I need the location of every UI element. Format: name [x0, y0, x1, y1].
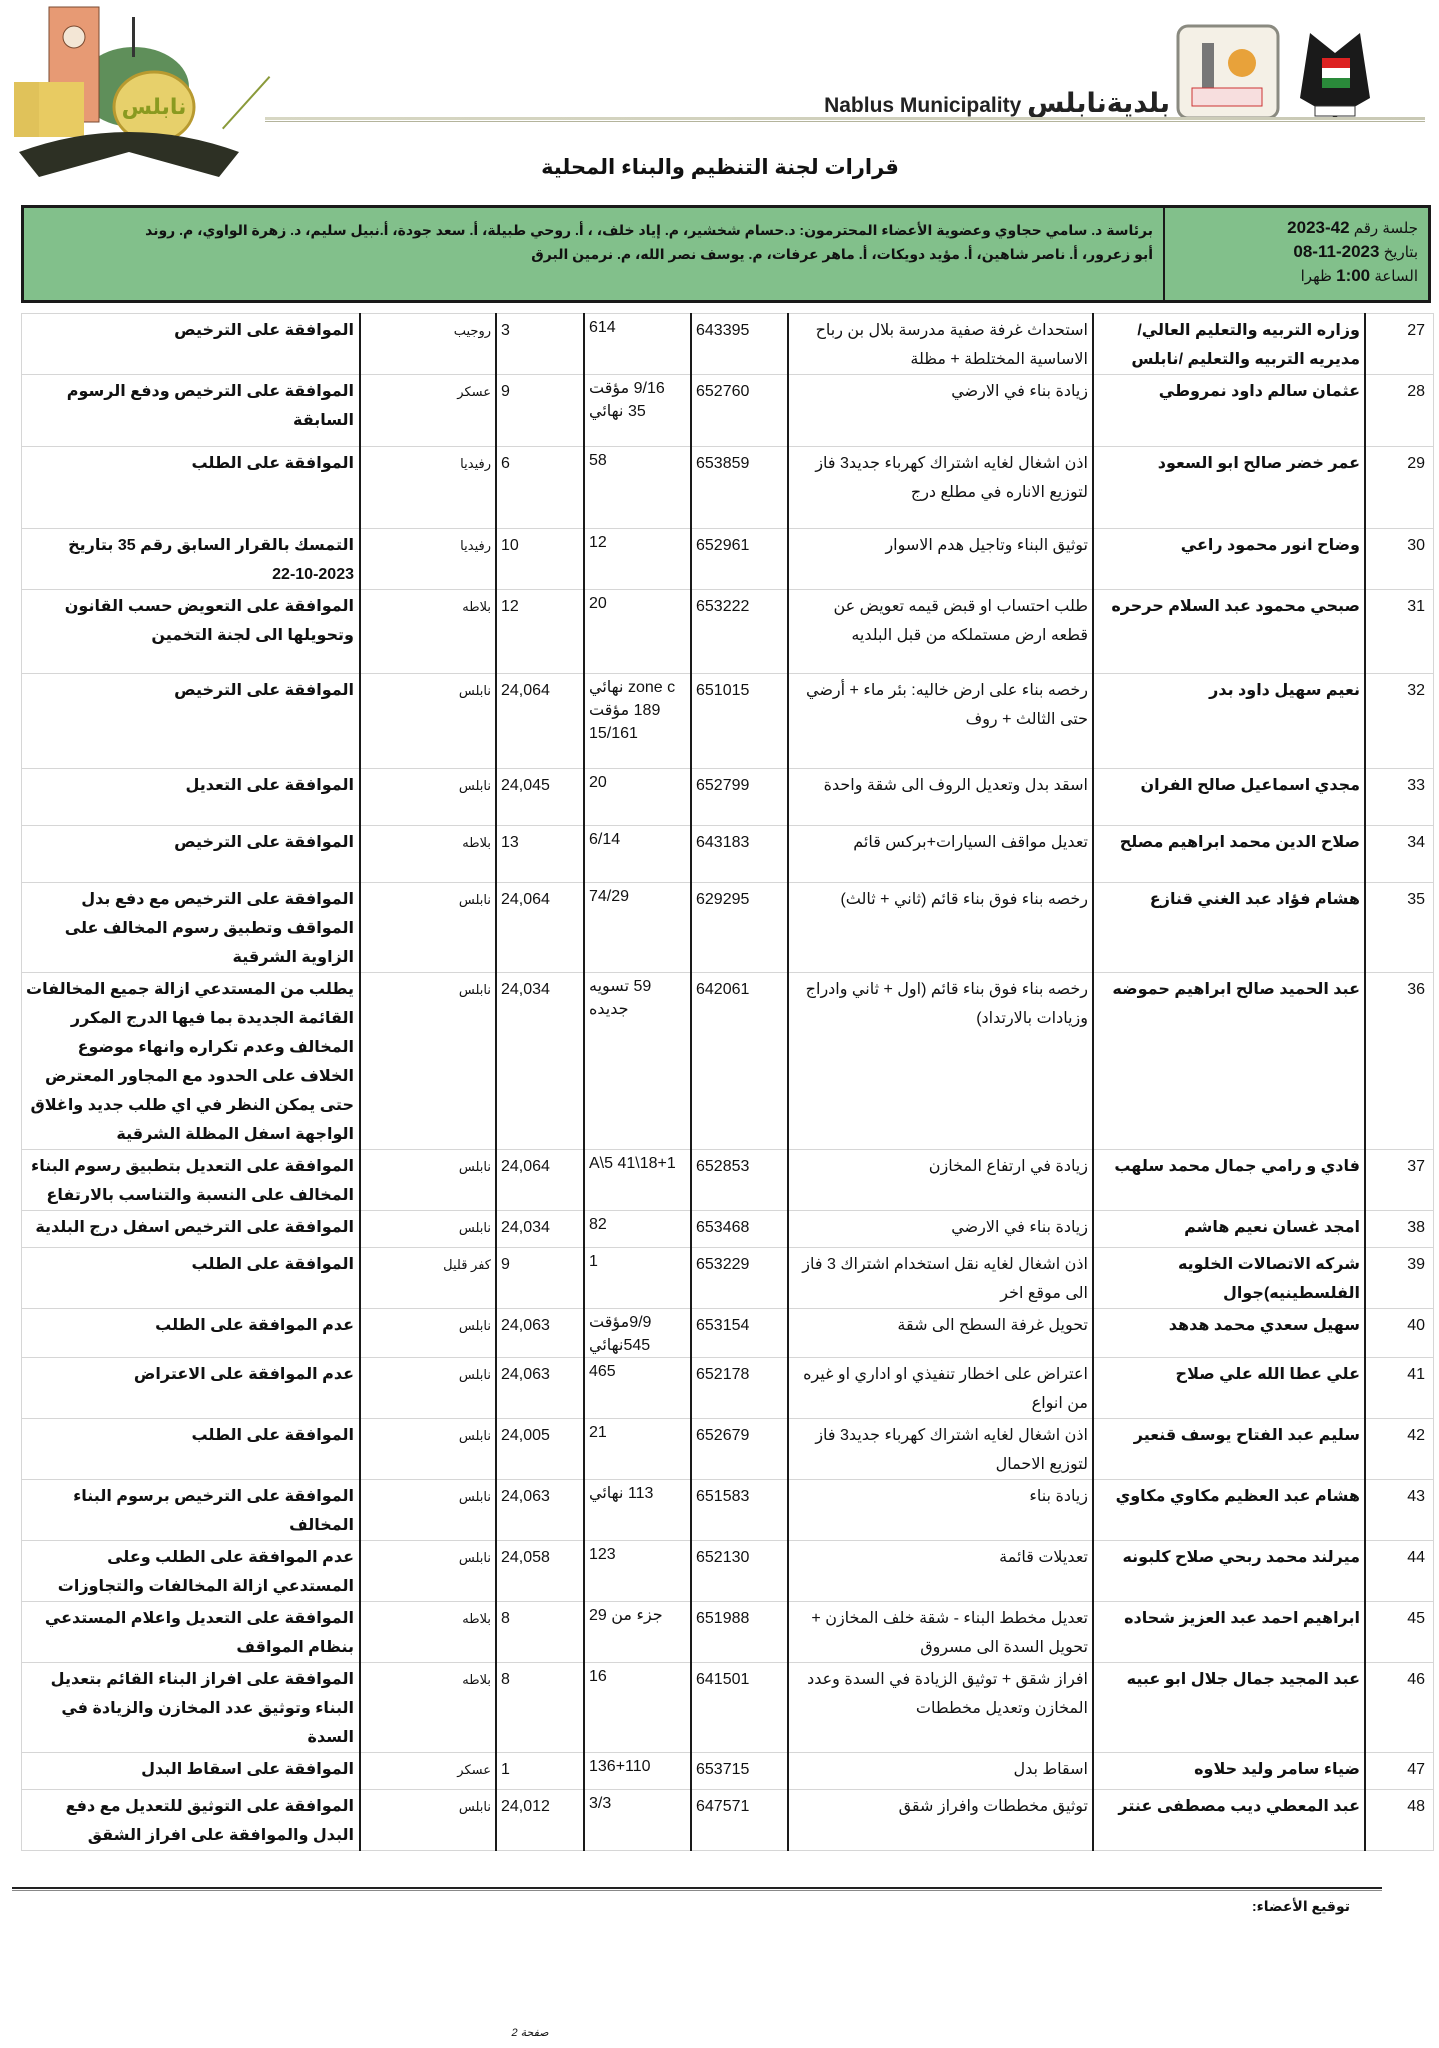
table-row: 33مجدي اسماعيل صالح الفراناسقد بدل وتعدي…	[22, 769, 1434, 826]
table-row: 28عثمان سالم داود نمروطيزيادة بناء في ال…	[22, 375, 1434, 447]
plot-number: 82	[584, 1211, 691, 1248]
basin-number: 13	[496, 826, 584, 883]
basin-number: 24,064	[496, 883, 584, 973]
area-name: نابلس	[360, 1309, 496, 1358]
area-name: نابلس	[360, 883, 496, 973]
table-row: 27وزاره التربيه والتعليم العالي/ مديريه …	[22, 314, 1434, 375]
request-description: استحداث غرفة صفية مدرسة بلال بن رباح الا…	[788, 314, 1093, 375]
brand-english: Nablus Municipality	[824, 94, 1021, 117]
plot-number: 9/9مؤقت 545نهائي	[584, 1309, 691, 1358]
plot-number: 20	[584, 769, 691, 826]
basin-number: 6	[496, 447, 584, 529]
request-description: توثيق البناء وتاجيل هدم الاسوار	[788, 529, 1093, 590]
basin-number: 24,005	[496, 1419, 584, 1480]
applicant-name: سليم عبد الفتاح يوسف قنعير	[1093, 1419, 1365, 1480]
file-number: 643395	[691, 314, 788, 375]
plot-number: 58	[584, 447, 691, 529]
basin-number: 9	[496, 1248, 584, 1309]
file-number: 652961	[691, 529, 788, 590]
committee-decision: الموافقة على اسقاط البدل	[22, 1753, 361, 1790]
applicant-name: مجدي اسماعيل صالح الفران	[1093, 769, 1365, 826]
request-description: تعديل مواقف السيارات+بركس قائم	[788, 826, 1093, 883]
file-number: 651988	[691, 1602, 788, 1663]
basin-number: 24,045	[496, 769, 584, 826]
area-name: نابلس	[360, 1150, 496, 1211]
header-divider-thin	[265, 121, 1425, 122]
area-name: نابلس	[360, 1480, 496, 1541]
row-number: 37	[1365, 1150, 1434, 1211]
applicant-name: صلاح الدين محمد ابراهيم مصلح	[1093, 826, 1365, 883]
area-name: عسكر	[360, 375, 496, 447]
plot-number: 16	[584, 1663, 691, 1753]
request-description: اعتراض على اخطار تنفيذي او اداري او غيره…	[788, 1358, 1093, 1419]
members-signature-label: توقيع الأعضاء:	[1150, 1898, 1350, 1915]
applicant-name: عبد المجيد جمال جلال ابو عبيه	[1093, 1663, 1365, 1753]
file-number: 652679	[691, 1419, 788, 1480]
committee-decision: عدم الموافقة على الطلب وعلى المستدعي ازا…	[22, 1541, 361, 1602]
area-name: نابلس	[360, 1541, 496, 1602]
committee-decision: الموافقة على افراز البناء القائم بتعديل …	[22, 1663, 361, 1753]
plot-number: 74/29	[584, 883, 691, 973]
plot-number: 136+110	[584, 1753, 691, 1790]
members-line-2: أبو زعرور، أ. ناصر شاهين، أ. مؤيد دويكات…	[34, 242, 1153, 266]
file-number: 629295	[691, 883, 788, 973]
file-number: 653468	[691, 1211, 788, 1248]
committee-decision: الموافقة على الترخيص مع دفع بدل المواقف …	[22, 883, 361, 973]
request-description: تعديل مخطط البناء - شقة خلف المخازن + تح…	[788, 1602, 1093, 1663]
file-number: 651583	[691, 1480, 788, 1541]
table-row: 46عبد المجيد جمال جلال ابو عبيهافراز شقق…	[22, 1663, 1434, 1753]
committee-decision: الموافقة على الطلب	[22, 447, 361, 529]
footer-divider-thin	[12, 1890, 1382, 1891]
committee-decision: الموافقة على التعديل واعلام المستدعي بنظ…	[22, 1602, 361, 1663]
basin-number: 24,034	[496, 1211, 584, 1248]
committee-decision: الموافقة على التعديل	[22, 769, 361, 826]
municipality-seal-icon	[1178, 26, 1278, 118]
row-number: 43	[1365, 1480, 1434, 1541]
area-name: نابلس	[360, 1358, 496, 1419]
applicant-name: ضياء سامر وليد حلاوه	[1093, 1753, 1365, 1790]
file-number: 652130	[691, 1541, 788, 1602]
basin-number: 24,058	[496, 1541, 584, 1602]
file-number: 641501	[691, 1663, 788, 1753]
basin-number: 8	[496, 1602, 584, 1663]
request-description: اذن اشغال لغايه نقل استخدام اشتراك 3 فاز…	[788, 1248, 1093, 1309]
file-number: 653715	[691, 1753, 788, 1790]
basin-number: 9	[496, 375, 584, 447]
plot-number: 21	[584, 1419, 691, 1480]
basin-number: 24,063	[496, 1358, 584, 1419]
applicant-name: فادي و رامي جمال محمد سلهب	[1093, 1150, 1365, 1211]
request-description: اذن اشغال لغايه اشتراك كهرباء جديد3 فاز …	[788, 447, 1093, 529]
plot-number: جزء من 29	[584, 1602, 691, 1663]
area-name: بلاطه	[360, 1602, 496, 1663]
basin-number: 1	[496, 1753, 584, 1790]
page-number: صفحة 2	[480, 2026, 580, 2039]
row-number: 48	[1365, 1790, 1434, 1851]
request-description: اسقاط بدل	[788, 1753, 1093, 1790]
row-number: 42	[1365, 1419, 1434, 1480]
applicant-name: شركه الاتصالات الخلويه الفلسطينيه)جوال	[1093, 1248, 1365, 1309]
committee-decision: عدم الموافقة على الاعتراض	[22, 1358, 361, 1419]
request-description: رخصه بناء على ارض خاليه: بئر ماء + أرضي …	[788, 674, 1093, 769]
area-name: نابلس	[360, 1419, 496, 1480]
basin-number: 24,064	[496, 1150, 584, 1211]
brand-arabic: بلديةنابلس	[1027, 88, 1170, 118]
applicant-name: نعيم سهيل داود بدر	[1093, 674, 1365, 769]
request-description: زيادة بناء في الارضي	[788, 1211, 1093, 1248]
applicant-name: صبحي محمود عبد السلام حرحره	[1093, 590, 1365, 674]
area-name: نابلس	[360, 1211, 496, 1248]
basin-number: 24,064	[496, 674, 584, 769]
file-number: 652178	[691, 1358, 788, 1419]
members-line-1: برئاسة د. سامي حجاوي وعضوية الأعضاء المح…	[34, 218, 1153, 242]
row-number: 45	[1365, 1602, 1434, 1663]
row-number: 47	[1365, 1753, 1434, 1790]
committee-decision: يطلب من المستدعي ازالة جميع المخالفات ال…	[22, 973, 361, 1150]
committee-decision: الموافقة على الترخيص	[22, 674, 361, 769]
request-description: توثيق مخططات وافراز شقق	[788, 1790, 1093, 1851]
plot-number: 1	[584, 1248, 691, 1309]
area-name: بلاطه	[360, 590, 496, 674]
table-row: 41علي عطا الله علي صلاحاعتراض على اخطار …	[22, 1358, 1434, 1419]
row-number: 46	[1365, 1663, 1434, 1753]
request-description: زيادة بناء	[788, 1480, 1093, 1541]
table-row: 39شركه الاتصالات الخلويه الفلسطينيه)جوال…	[22, 1248, 1434, 1309]
svg-text:نابلس: نابلس	[122, 94, 187, 119]
area-name: كفر قليل	[360, 1248, 496, 1309]
plot-number: 18+1\41 A\5	[584, 1150, 691, 1211]
table-row: 48عبد المعطي ديب مصطفى عنترتوثيق مخططات …	[22, 1790, 1434, 1851]
basin-number: 10	[496, 529, 584, 590]
area-name: نابلس	[360, 674, 496, 769]
basin-number: 24,034	[496, 973, 584, 1150]
applicant-name: سهيل سعدي محمد هدهد	[1093, 1309, 1365, 1358]
committee-decision: الموافقة على الطلب	[22, 1248, 361, 1309]
file-number: 652760	[691, 375, 788, 447]
plot-number: 3/3	[584, 1790, 691, 1851]
row-number: 36	[1365, 973, 1434, 1150]
table-row: 47ضياء سامر وليد حلاوهاسقاط بدل653715136…	[22, 1753, 1434, 1790]
area-name: روجيب	[360, 314, 496, 375]
table-row: 35هشام فؤاد عبد الغني قنازعرخصه بناء فوق…	[22, 883, 1434, 973]
committee-decision: الموافقة على الترخيص برسوم البناء المخال…	[22, 1480, 361, 1541]
page-title: قرارات لجنة التنظيم والبناء المحلية	[440, 155, 1000, 180]
row-number: 31	[1365, 590, 1434, 674]
request-description: طلب احتساب او قبض قيمه تعويض عن قطعه ارض…	[788, 590, 1093, 674]
table-row: 45ابراهيم احمد عبد العزيز شحادهتعديل مخط…	[22, 1602, 1434, 1663]
row-number: 27	[1365, 314, 1434, 375]
palestine-eagle-icon	[1300, 33, 1370, 118]
row-number: 30	[1365, 529, 1434, 590]
area-name: بلاطه	[360, 1663, 496, 1753]
applicant-name: عبد الحميد صالح ابراهيم حموضه	[1093, 973, 1365, 1150]
file-number: 653154	[691, 1309, 788, 1358]
committee-decision: الموافقة على التعويض حسب القانون وتحويله…	[22, 590, 361, 674]
table-row: 40سهيل سعدي محمد هدهدتحويل غرفة السطح ال…	[22, 1309, 1434, 1358]
request-description: افراز شقق + توثيق الزيادة في السدة وعدد …	[788, 1663, 1093, 1753]
row-number: 38	[1365, 1211, 1434, 1248]
basin-number: 3	[496, 314, 584, 375]
area-name: نابلس	[360, 769, 496, 826]
basin-number: 12	[496, 590, 584, 674]
session-info-box: جلسة رقم 42-2023 بتاريخ 2023-11-08 الساع…	[21, 205, 1431, 303]
table-row: 38امجد غسان نعيم هاشمزيادة بناء في الارض…	[22, 1211, 1434, 1248]
row-number: 39	[1365, 1248, 1434, 1309]
committee-decision: الموافقة على التعديل بتطبيق رسوم البناء …	[22, 1150, 361, 1211]
table-row: 42سليم عبد الفتاح يوسف قنعيراذن اشغال لغ…	[22, 1419, 1434, 1480]
request-description: تحويل غرفة السطح الى شقة	[788, 1309, 1093, 1358]
basin-number: 24,063	[496, 1480, 584, 1541]
row-number: 33	[1365, 769, 1434, 826]
request-description: اذن اشغال لغايه اشتراك كهرباء جديد3 فاز …	[788, 1419, 1093, 1480]
row-number: 40	[1365, 1309, 1434, 1358]
committee-decision: الموافقة على التوثيق للتعديل مع دفع البد…	[22, 1790, 361, 1851]
table-row: 32نعيم سهيل داود بدررخصه بناء على ارض خا…	[22, 674, 1434, 769]
committee-decision: التمسك بالقرار السابق رقم 35 بتاريخ 2023…	[22, 529, 361, 590]
table-row: 30وضاح انور محمود راعيتوثيق البناء وتاجي…	[22, 529, 1434, 590]
session-time: الساعة 1:00 ظهرا	[1165, 264, 1418, 288]
plot-number: 123	[584, 1541, 691, 1602]
file-number: 643183	[691, 826, 788, 883]
committee-decision: الموافقة على الترخيص	[22, 826, 361, 883]
table-row: 44ميرلند محمد ربحي صلاح كلبونهتعديلات قا…	[22, 1541, 1434, 1602]
table-row: 34صلاح الدين محمد ابراهيم مصلحتعديل مواق…	[22, 826, 1434, 883]
area-name: نابلس	[360, 973, 496, 1150]
applicant-name: هشام عبد العظيم مكاوي مكاوي	[1093, 1480, 1365, 1541]
area-name: عسكر	[360, 1753, 496, 1790]
row-number: 34	[1365, 826, 1434, 883]
table-row: 43هشام عبد العظيم مكاوي مكاويزيادة بناء6…	[22, 1480, 1434, 1541]
row-number: 28	[1365, 375, 1434, 447]
plot-number: 6/14	[584, 826, 691, 883]
row-number: 29	[1365, 447, 1434, 529]
session-number: جلسة رقم 42-2023	[1165, 216, 1418, 240]
applicant-name: امجد غسان نعيم هاشم	[1093, 1211, 1365, 1248]
file-number: 647571	[691, 1790, 788, 1851]
footer-divider	[12, 1887, 1382, 1889]
applicant-name: عثمان سالم داود نمروطي	[1093, 375, 1365, 447]
file-number: 642061	[691, 973, 788, 1150]
table-row: 37فادي و رامي جمال محمد سلهبزيادة في ارت…	[22, 1150, 1434, 1211]
area-name: رفيديا	[360, 447, 496, 529]
area-name: رفيديا	[360, 529, 496, 590]
area-name: بلاطه	[360, 826, 496, 883]
applicant-name: عمر خضر صالح ابو السعود	[1093, 447, 1365, 529]
file-number: 651015	[691, 674, 788, 769]
row-number: 41	[1365, 1358, 1434, 1419]
plot-number: 20	[584, 590, 691, 674]
session-date: بتاريخ 2023-11-08	[1165, 240, 1418, 264]
committee-decision: عدم الموافقة على الطلب	[22, 1309, 361, 1358]
request-description: زيادة في ارتفاع المخازن	[788, 1150, 1093, 1211]
table-row: 31صبحي محمود عبد السلام حرحرهطلب احتساب …	[22, 590, 1434, 674]
request-description: تعديلات قائمة	[788, 1541, 1093, 1602]
area-name: نابلس	[360, 1790, 496, 1851]
file-number: 653222	[691, 590, 788, 674]
file-number: 652853	[691, 1150, 788, 1211]
table-row: 36عبد الحميد صالح ابراهيم حموضهرخصه بناء…	[22, 973, 1434, 1150]
committee-decision: الموافقة على الطلب	[22, 1419, 361, 1480]
committee-decision: الموافقة على الترخيص اسفل درج البلدية	[22, 1211, 361, 1248]
basin-number: 8	[496, 1663, 584, 1753]
applicant-name: وزاره التربيه والتعليم العالي/ مديريه ال…	[1093, 314, 1365, 375]
session-meta: جلسة رقم 42-2023 بتاريخ 2023-11-08 الساع…	[1163, 208, 1428, 300]
row-number: 32	[1365, 674, 1434, 769]
plot-number: 113 نهائي	[584, 1480, 691, 1541]
header-emblems	[1170, 18, 1430, 128]
plot-number: zone c نهائي 189 مؤقت 15/161	[584, 674, 691, 769]
applicant-name: هشام فؤاد عبد الغني قنازع	[1093, 883, 1365, 973]
file-number: 653859	[691, 447, 788, 529]
plot-number: 465	[584, 1358, 691, 1419]
applicant-name: ميرلند محمد ربحي صلاح كلبونه	[1093, 1541, 1365, 1602]
applicant-name: وضاح انور محمود راعي	[1093, 529, 1365, 590]
row-number: 44	[1365, 1541, 1434, 1602]
committee-decision: الموافقة على الترخيص	[22, 314, 361, 375]
plot-number: 614	[584, 314, 691, 375]
file-number: 653229	[691, 1248, 788, 1309]
request-description: رخصه بناء فوق بناء قائم (ثاني + ثالث)	[788, 883, 1093, 973]
request-description: رخصه بناء فوق بناء قائم (اول + ثاني وادر…	[788, 973, 1093, 1150]
request-description: زيادة بناء في الارضي	[788, 375, 1093, 447]
plot-number: 59 تسويه جديده	[584, 973, 691, 1150]
row-number: 35	[1365, 883, 1434, 973]
applicant-name: علي عطا الله علي صلاح	[1093, 1358, 1365, 1419]
decisions-table: 27وزاره التربيه والتعليم العالي/ مديريه …	[21, 313, 1434, 1851]
applicant-name: عبد المعطي ديب مصطفى عنتر	[1093, 1790, 1365, 1851]
committee-decision: الموافقة على الترخيص ودفع الرسوم السابقة	[22, 375, 361, 447]
table-row: 29عمر خضر صالح ابو السعوداذن اشغال لغايه…	[22, 447, 1434, 529]
basin-number: 24,063	[496, 1309, 584, 1358]
plot-number: 9/16 مؤقت 35 نهائي	[584, 375, 691, 447]
header-divider	[265, 117, 1425, 120]
nablus-150-logo: نابلس	[4, 2, 254, 182]
basin-number: 24,012	[496, 1790, 584, 1851]
request-description: اسقد بدل وتعديل الروف الى شقة واحدة	[788, 769, 1093, 826]
file-number: 652799	[691, 769, 788, 826]
session-members: برئاسة د. سامي حجاوي وعضوية الأعضاء المح…	[24, 208, 1163, 300]
applicant-name: ابراهيم احمد عبد العزيز شحاده	[1093, 1602, 1365, 1663]
plot-number: 12	[584, 529, 691, 590]
